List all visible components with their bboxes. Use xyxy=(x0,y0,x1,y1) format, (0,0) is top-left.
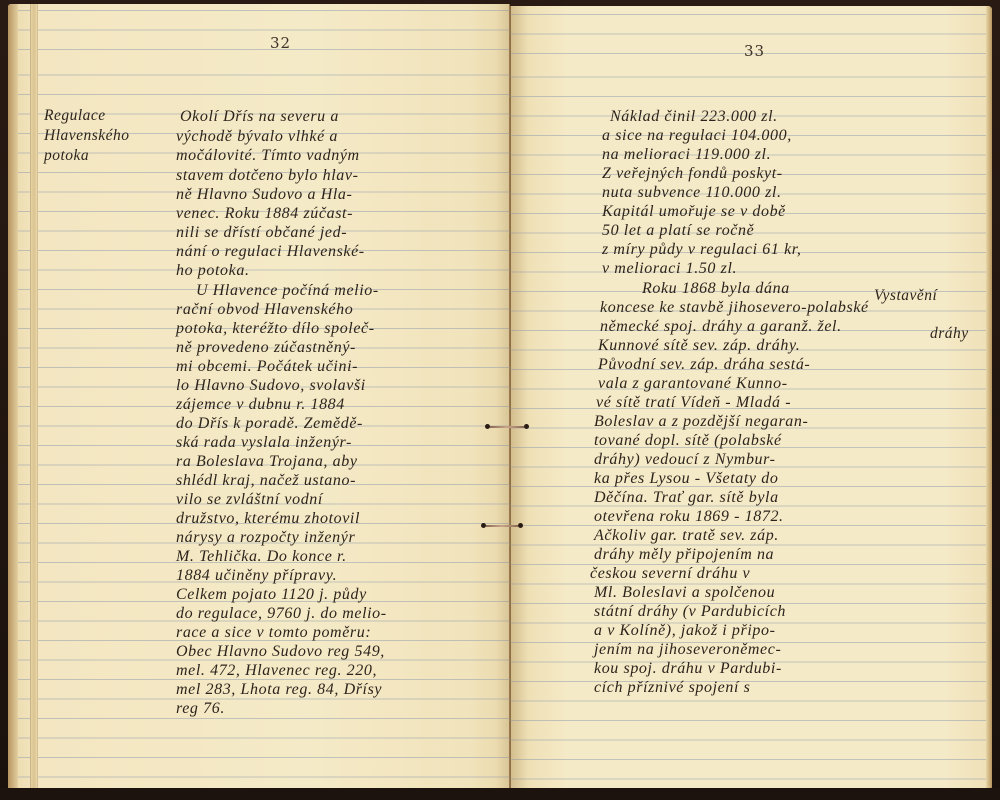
text-line: z míry půdy v regulaci 61 kr, xyxy=(602,240,801,260)
text-line: a v Kolíně), jakož i připo- xyxy=(594,621,776,641)
text-line: otevřena roku 1869 - 1872. xyxy=(594,507,784,527)
binding-stitch xyxy=(485,424,531,430)
text-line: potoka, kteréžto dílo společ- xyxy=(176,319,375,339)
text-line: Obec Hlavno Sudovo reg 549, xyxy=(176,642,385,662)
text-line: venec. Roku 1884 zúčast- xyxy=(176,204,353,224)
text-line: Původní sev. záp. dráha sestá- xyxy=(598,355,810,375)
margin-note-line: Vystavění xyxy=(874,286,937,306)
text-line: Kunnové sítě sev. záp. dráhy. xyxy=(598,336,800,356)
text-line: stavem dotčeno bylo hlav- xyxy=(176,166,359,186)
text-line: vala z garantované Kunno- xyxy=(598,374,788,394)
text-line: českou severní dráhu v xyxy=(590,564,750,584)
text-line: reg 76. xyxy=(176,699,225,719)
text-line: Děčína. Trať gar. sítě byla xyxy=(594,488,779,508)
text-line: nili se dřístí občané jed- xyxy=(176,223,347,243)
text-line: ka přes Lysou - Všetaty do xyxy=(594,469,778,489)
text-line: ně Hlavno Sudovo a Hla- xyxy=(176,185,352,205)
text-line: německé spoj. dráhy a garanž. žel. xyxy=(600,317,842,337)
text-line: vé sítě tratí Vídeň - Mladá - xyxy=(596,393,791,413)
text-line: družstvo, kterému zhotovil xyxy=(176,509,360,529)
text-line: na melioraci 119.000 zl. xyxy=(602,145,771,165)
page-stack-edge xyxy=(986,6,992,790)
margin-note-line: dráhy xyxy=(930,324,969,344)
binding-stitch xyxy=(481,523,525,529)
text-line: kou spoj. dráhu v Pardubi- xyxy=(594,659,782,679)
margin-note-line: Regulace xyxy=(44,106,106,126)
text-line: Náklad činil 223.000 zl. xyxy=(610,107,778,127)
text-line: mel 283, Lhota reg. 84, Dřísy xyxy=(176,680,382,700)
text-line: Roku 1868 byla dána xyxy=(642,279,790,299)
text-line: východě bývalo vlhké a xyxy=(176,127,338,147)
gutter-shadow xyxy=(496,4,510,790)
text-line: nárysy a rozpočty inženýr xyxy=(176,528,355,548)
text-line: vilo se zvláštní vodní xyxy=(176,490,323,510)
page-number: 33 xyxy=(744,42,765,60)
text-line: nání o regulaci Hlavenské- xyxy=(176,242,365,262)
text-line: koncese ke stavbě jihoseverо-polabské xyxy=(600,298,869,318)
text-line: do regulace, 9760 j. do melio- xyxy=(176,604,387,624)
text-line: Kapitál umořuje se v době xyxy=(602,202,786,222)
text-line: močálovité. Tímto vadným xyxy=(176,146,360,166)
text-line: shlédl kraj, načež ustano- xyxy=(176,471,356,491)
gutter-shadow xyxy=(510,6,528,790)
text-line: Celkem pojato 1120 j. půdy xyxy=(176,585,367,605)
page-stack-edge xyxy=(8,4,18,790)
page-number: 32 xyxy=(270,34,291,52)
inner-page-edge xyxy=(30,4,38,790)
text-line: dráhy) vedoucí z Nymbur- xyxy=(594,450,776,470)
text-line: Ml. Boleslavi a spolčenou xyxy=(594,583,775,603)
left-page: 32 Regulace Hlavenského potoka Okolí Dří… xyxy=(8,4,510,790)
text-line: U Hlavence počíná melio- xyxy=(196,281,379,301)
text-line: Z veřejných fondů poskyt- xyxy=(602,164,783,184)
text-line: rační obvod Hlavenského xyxy=(176,300,353,320)
text-line: nuta subvence 110.000 zl. xyxy=(602,183,782,203)
text-line: mi obcemi. Počátek učini- xyxy=(176,357,358,377)
text-line: v melioraci 1.50 zl. xyxy=(602,259,737,279)
text-line: Okolí Dřís na severu a xyxy=(180,107,339,127)
text-line: tované dopl. sítě (polabské xyxy=(594,431,782,451)
text-line: zájemce v dubnu r. 1884 xyxy=(176,395,345,415)
text-line: M. Tehlička. Do konce r. xyxy=(176,547,347,567)
text-line: 50 let a platí se ročně xyxy=(602,221,754,241)
margin-note-line: potoka xyxy=(44,146,89,166)
text-line: ra Boleslava Trojana, aby xyxy=(176,452,358,472)
text-line: Boleslav a z pozdější negaran- xyxy=(594,412,808,432)
text-line: státní dráhy (v Pardubicích xyxy=(594,602,786,622)
book-cover-bottom xyxy=(0,788,1000,800)
text-line: 1884 učiněny přípravy. xyxy=(176,566,337,586)
text-line: a sice na regulaci 104.000, xyxy=(602,126,792,146)
text-line: lo Hlavno Sudovo, svolavši xyxy=(176,376,366,396)
text-line: do Dřís k poradě. Zemědě- xyxy=(176,414,363,434)
margin-note-line: Hlavenského xyxy=(44,126,130,146)
text-line: ská rada vyslala inženýr- xyxy=(176,433,352,453)
text-line: mel. 472, Hlavenec reg. 220, xyxy=(176,661,377,681)
text-line: dráhy měly připojením na xyxy=(594,545,774,565)
text-line: Ačkoliv gar. tratě sev. záp. xyxy=(594,526,779,546)
right-page: 33 Vystavění dráhy Náklad činil 223.000 … xyxy=(510,6,992,790)
text-line: jením na jihoseverоněmec- xyxy=(594,640,781,660)
text-line: race a sice v tomto poměru: xyxy=(176,623,371,643)
text-line: ně provedeno zúčastněný- xyxy=(176,338,356,358)
text-line: cích příznivé spojení s xyxy=(594,678,750,698)
text-line: ho potoka. xyxy=(176,261,250,281)
